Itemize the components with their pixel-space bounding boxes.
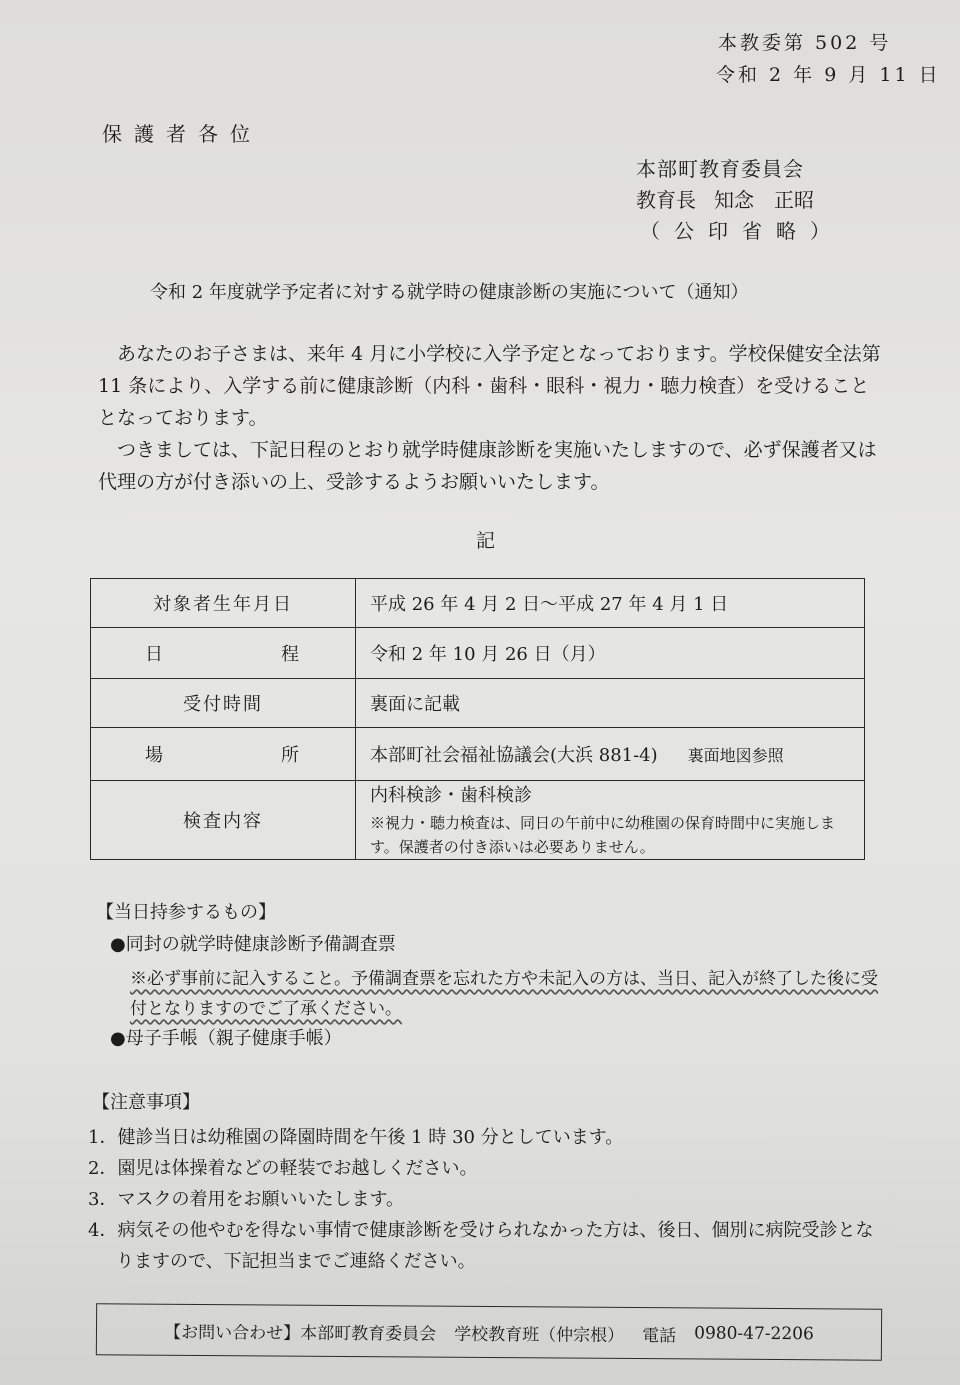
subject-title: 令和 2 年度就学予定者に対する就学時の健康診断の実施について（通知）	[150, 278, 749, 304]
exam-content: 内科検診・歯科検診	[370, 781, 850, 807]
body-paragraph: つきましては、下記日程のとおり就学時健康診断を実施いたしますので、必ず保護者又は…	[98, 434, 888, 498]
bring-note: ※必ず事前に記入すること。予備調査票を忘れた方や未記入の方は、当日、記入が終了し…	[130, 964, 890, 1024]
seal-note: （公印省略）	[640, 215, 844, 244]
contact-phone-label: 電話	[642, 1321, 676, 1346]
ki-heading: 記	[476, 526, 495, 553]
caution-item: 1．健診当日は幼稚園の降園時間を午後 1 時 30 分としています。	[88, 1122, 888, 1153]
details-table: 対象者生年月日 平成 26 年 4 月 2 日～平成 27 年 4 月 1 日 …	[90, 578, 865, 860]
row-value: 裏面に記載	[356, 679, 865, 728]
row-label-part: 所	[281, 741, 301, 767]
contact-box: 【お問い合わせ】本部町教育委員会 学校教育班（仲宗根） 電話 0980-47-2…	[96, 1303, 882, 1360]
row-label: 受付時間	[91, 679, 356, 728]
bring-item: ●母子手帳（親子健康手帳）	[110, 1024, 342, 1050]
sender-title: 教育長	[636, 188, 696, 212]
caution-heading: 【注意事項】	[92, 1088, 200, 1114]
exam-note: ※視力・聴力検査は、同日の午前中に幼稚園の保育時間中に実施します。保護者の付き添…	[370, 811, 850, 859]
bring-item: ●同封の就学時健康診断予備調査票	[110, 930, 396, 956]
location-map-reference: 裏面地図参照	[688, 746, 784, 765]
row-value: 令和 2 年 10 月 26 日（月）	[356, 628, 865, 679]
row-label-part: 日	[145, 640, 165, 666]
caution-item: 2．園児は体操着などの軽装でお越しください。	[88, 1153, 888, 1184]
row-value: 平成 26 年 4 月 2 日～平成 27 年 4 月 1 日	[356, 579, 865, 628]
row-value: 本部町社会福祉協議会(大浜 881-4)裏面地図参照	[356, 728, 865, 781]
contact-phone: 0980-47-2206	[694, 1323, 814, 1344]
table-row: 日程 令和 2 年 10 月 26 日（月）	[91, 628, 865, 679]
notice-document: 本教委第 502 号 令和 2 年 9 月 11 日 保護者各位 本部町教育委員…	[0, 0, 960, 1385]
row-value: 内科検診・歯科検診 ※視力・聴力検査は、同日の午前中に幼稚園の保育時間中に実施し…	[356, 781, 865, 860]
row-label: 検査内容	[91, 781, 356, 860]
table-row: 受付時間 裏面に記載	[91, 679, 865, 728]
row-label-part: 程	[281, 640, 301, 666]
bring-heading: 【当日持参するもの】	[96, 898, 276, 924]
contact-label: 【お問い合わせ】本部町教育委員会	[164, 1317, 436, 1344]
sender-official: 教育長知念 正昭	[636, 184, 832, 213]
table-row: 対象者生年月日 平成 26 年 4 月 2 日～平成 27 年 4 月 1 日	[91, 579, 865, 628]
caution-list: 1．健診当日は幼稚園の降園時間を午後 1 時 30 分としています。 2．園児は…	[88, 1122, 888, 1277]
table-row: 場所 本部町社会福祉協議会(大浜 881-4)裏面地図参照	[91, 728, 865, 781]
row-label: 対象者生年月日	[91, 579, 356, 628]
location-name: 本部町社会福祉協議会(大浜 881-4)	[370, 745, 658, 766]
body-paragraph: あなたのお子さまは、来年 4 月に小学校に入学予定となっております。学校保健安全…	[98, 338, 888, 434]
row-label: 場所	[91, 728, 356, 781]
row-label: 日程	[91, 628, 356, 679]
caution-item: 3．マスクの着用をお願いいたします。	[88, 1184, 888, 1215]
contact-section: 学校教育班（仲宗根）	[454, 1319, 624, 1345]
document-date: 令和 2 年 9 月 11 日	[716, 60, 941, 87]
sender-name: 知念 正昭	[714, 188, 814, 212]
caution-item: 4．病気その他やむを得ない事情で健康診断を受けられなかった方は、後日、個別に病院…	[88, 1215, 888, 1277]
sender-organization: 本部町教育委員会	[636, 153, 804, 182]
addressee: 保護者各位	[102, 118, 262, 147]
document-number: 本教委第 502 号	[718, 28, 891, 55]
body-text: あなたのお子さまは、来年 4 月に小学校に入学予定となっております。学校保健安全…	[98, 338, 888, 498]
row-label-part: 場	[145, 741, 165, 767]
table-row: 検査内容 内科検診・歯科検診 ※視力・聴力検査は、同日の午前中に幼稚園の保育時間…	[91, 781, 865, 860]
